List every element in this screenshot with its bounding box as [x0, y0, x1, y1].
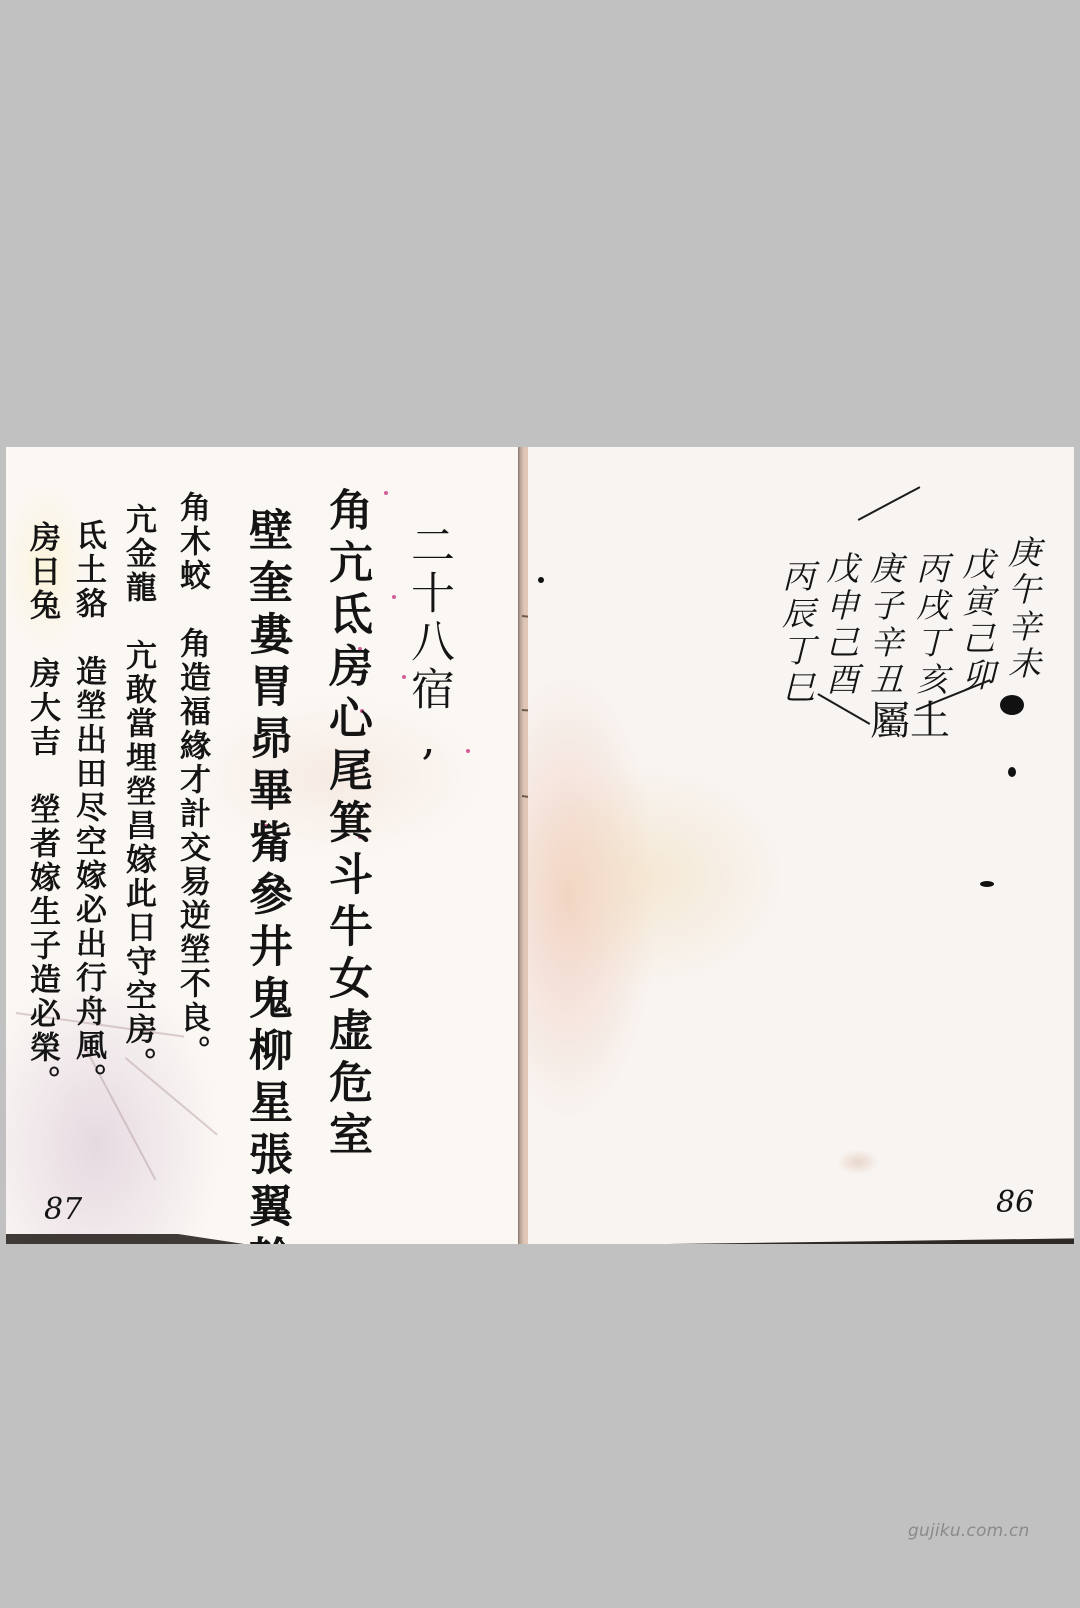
- right-page: 庚午辛未 戊寅己卯 丙戌丁亥 庚子辛丑 戊申己酉 丙辰丁巳 屬土 86: [528, 447, 1074, 1244]
- ink-speck: [392, 595, 396, 599]
- ink-speck: [466, 749, 470, 753]
- stem-branch-column-2: 戊寅己卯: [960, 547, 993, 695]
- ink-blot: [538, 577, 544, 583]
- ink-blot: [1000, 695, 1024, 715]
- mansion-note-column-1: 角木蛟 角造福緣才計交易逆塋不良。: [176, 491, 207, 1069]
- page-number-right: 86: [996, 1185, 1034, 1220]
- left-page: 二十八宿, 角亢氐房心尾箕斗牛女虚危室 壁奎婁胃昴畢觜參井鬼柳星張翼軫。 角木蛟…: [6, 447, 526, 1244]
- mansion-note-column-4: 房日兔 房大吉 塋者嫁生子造必榮。: [26, 521, 57, 1099]
- stem-branch-column-6: 丙辰丁巳: [780, 559, 813, 707]
- element-label: 屬土: [870, 689, 950, 746]
- stem-branch-column-5: 戊申己酉: [824, 551, 857, 699]
- manuscript-scan: 二十八宿, 角亢氐房心尾箕斗牛女虚危室 壁奎婁胃昴畢觜參井鬼柳星張翼軫。 角木蛟…: [6, 447, 1074, 1244]
- ink-blot: [980, 881, 994, 887]
- page-number-left: 87: [44, 1192, 82, 1227]
- mansion-list-column-1: 角亢氐房心尾箕斗牛女虚危室: [324, 487, 368, 1163]
- section-title: 二十八宿,: [406, 522, 450, 769]
- stem-branch-column-4: 庚子辛丑: [868, 551, 901, 699]
- mansion-list-column-2: 壁奎婁胃昴畢觜參井鬼柳星張翼軫。: [244, 507, 288, 1244]
- ink-speck: [384, 491, 388, 495]
- stem-branch-column-1: 庚午辛未: [1006, 535, 1039, 683]
- ink-blot: [1008, 767, 1016, 777]
- ink-curve: [858, 486, 921, 520]
- stem-branch-column-3: 丙戌丁亥: [914, 551, 947, 699]
- site-watermark: gujiku.com.cn: [908, 1521, 1029, 1541]
- mansion-note-column-2: 亢金龍 亢敢當埋塋昌嫁此日守空房。: [122, 503, 153, 1081]
- mansion-note-column-3: 氐土貉 造塋出田尽空嫁必出行舟風。: [72, 519, 103, 1097]
